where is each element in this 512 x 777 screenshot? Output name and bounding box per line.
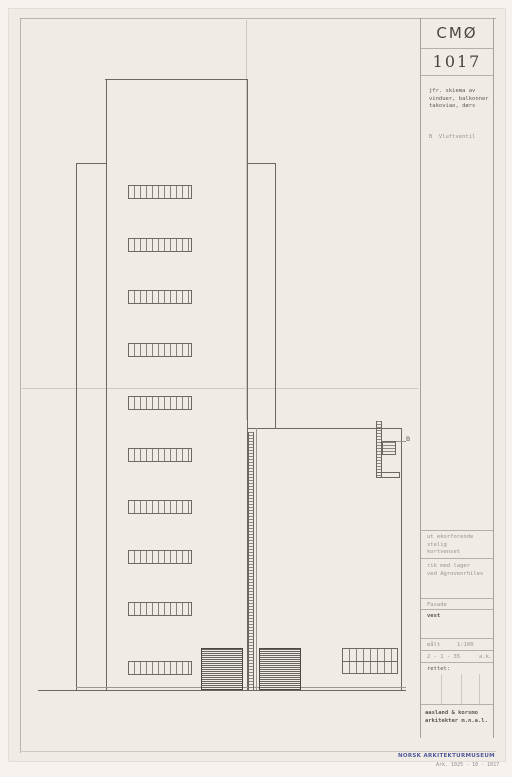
revision-label: rettet:	[421, 666, 450, 674]
view-label-cell	[421, 598, 493, 599]
tower-window-6	[128, 448, 192, 462]
revision-cell	[421, 662, 493, 663]
project-code: CMØ	[421, 18, 493, 48]
architect-line-1: aasland & korsmo	[419, 710, 488, 718]
legend-note: B Vluftventil	[423, 134, 475, 142]
note-1-line-1: ut ekorforende	[421, 534, 473, 542]
balcony-marker: B	[406, 436, 410, 443]
tower-window-1	[128, 185, 192, 199]
note-1-cell	[421, 530, 493, 531]
tower-window-3	[128, 290, 192, 304]
left-wing-roof	[76, 163, 106, 164]
tower-window-7	[128, 500, 192, 514]
balcony-leader-line	[396, 441, 406, 442]
description-text: jfr. skiema av vinduer, balkonner takovi…	[423, 88, 489, 111]
revision-grid-3	[479, 674, 480, 704]
balcony-detail	[382, 441, 396, 455]
note-1: ut ekorforende stelig kortvenset	[421, 534, 473, 557]
date-cell	[421, 650, 493, 651]
description-line-1: jfr. skiema av	[423, 88, 489, 96]
fold-line	[22, 388, 418, 389]
project-code-cell: CMØ	[421, 18, 493, 49]
museum-stamp: NORSK ARKITEKTURMUSEUM	[398, 753, 495, 759]
tower-window-10	[128, 661, 192, 675]
garage-door-left	[201, 648, 243, 690]
architect-line-2: arkitekter m.n.a.l.	[419, 718, 488, 726]
revision-grid-2	[461, 674, 462, 704]
lower-block-divider	[256, 428, 257, 691]
catalog-number: Ark. 1025 - 10 - 1017	[436, 762, 499, 768]
tower-roof-line	[105, 79, 248, 80]
lower-block-right-wall	[401, 428, 402, 691]
tower-window-2	[128, 238, 192, 252]
note-2-cell	[421, 558, 493, 559]
initials-value: a.k.	[473, 654, 492, 662]
date-value: 2 - 1 - 35	[421, 654, 460, 662]
scale-value: 1:100	[451, 642, 474, 650]
right-wing-wall	[275, 163, 276, 428]
note-1-line-3: kortvenset	[421, 549, 473, 557]
note-2: rik med lager ved Agrovenrhiles	[421, 563, 483, 578]
architect-cell	[421, 704, 493, 705]
left-wing-wall	[76, 163, 77, 691]
ground-line	[38, 690, 406, 691]
title-block: CMØ 1017 jfr. skiema av vinduer, balkonn…	[420, 18, 494, 738]
tower-left-wall	[106, 79, 107, 691]
description-line-2: vinduer, balkonner	[423, 96, 489, 104]
note-2-line-2: ved Agrovenrhiles	[421, 571, 483, 579]
tower-window-9	[128, 602, 192, 616]
tower-window-5	[128, 396, 192, 410]
view-value-divider	[421, 609, 493, 610]
description-line-3: takoviao, dørs	[423, 103, 489, 111]
view-value: vest	[421, 613, 440, 621]
scale-cell	[421, 638, 493, 639]
drawing-number-cell: 1017	[421, 49, 493, 76]
scale-label: målt	[421, 642, 440, 650]
tower-window-8	[128, 550, 192, 564]
tower-window-4	[128, 343, 192, 357]
note-2-line-1: rik med lager	[421, 563, 483, 571]
garage-door-right	[259, 648, 301, 690]
revision-grid-1	[441, 674, 442, 704]
ground-floor-window	[342, 648, 398, 674]
fire-escape-ladder	[248, 432, 254, 690]
drawing-number: 1017	[421, 49, 493, 75]
balcony-rail	[376, 472, 400, 478]
right-wing-roof	[248, 163, 276, 164]
architect-credit: aasland & korsmo arkitekter m.n.a.l.	[419, 710, 488, 725]
bottom-frame-line	[20, 751, 496, 752]
note-1-line-2: stelig	[421, 542, 473, 550]
